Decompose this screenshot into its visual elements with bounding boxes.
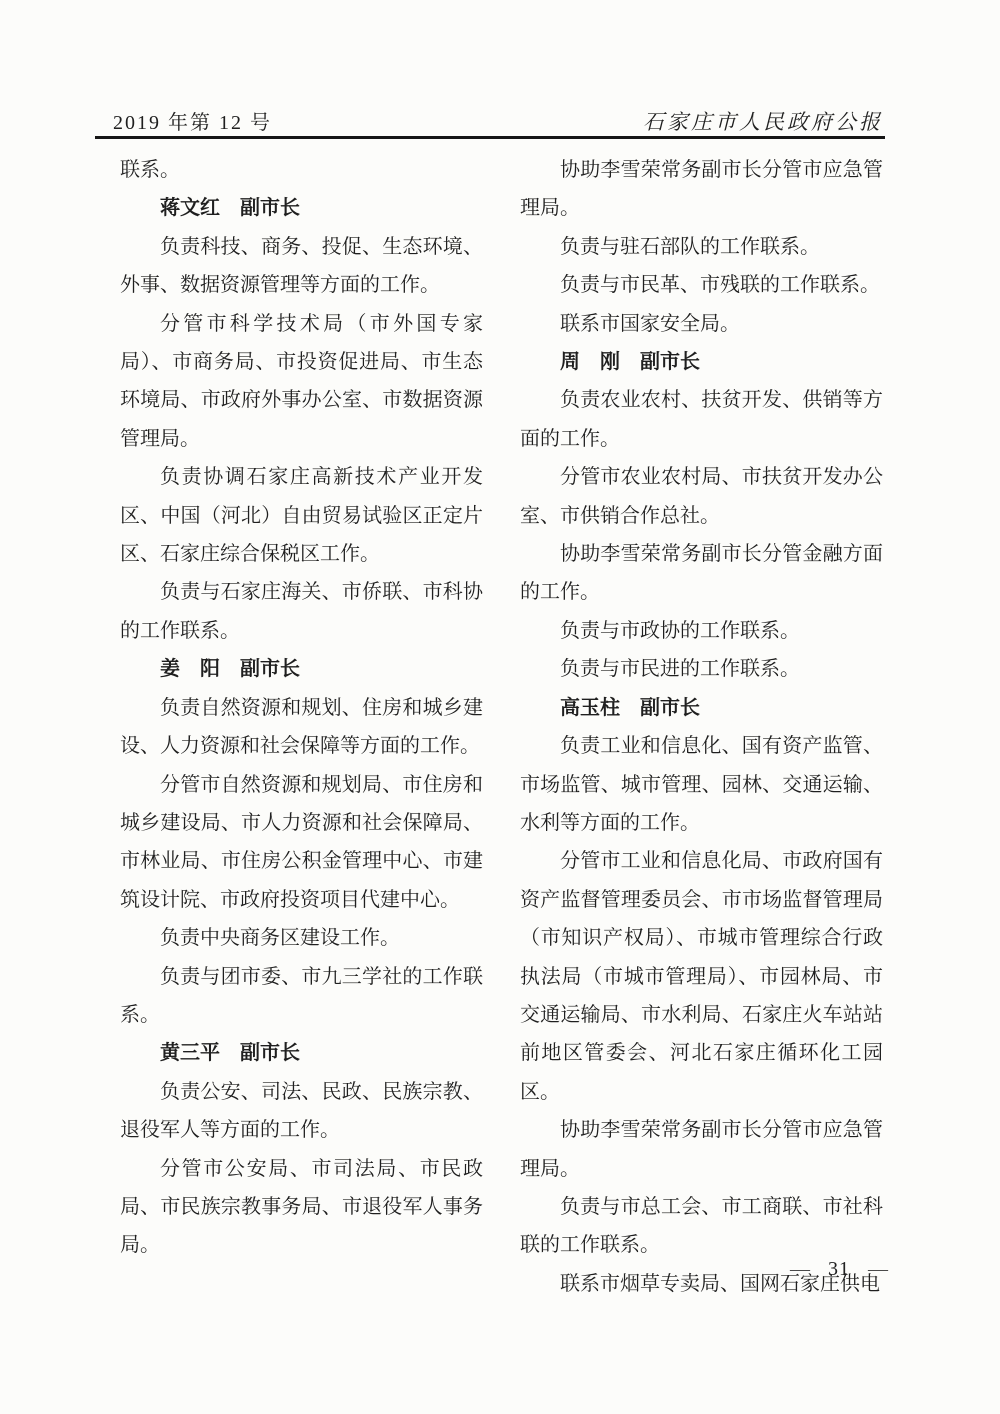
- paragraph: 负责与市总工会、市工商联、市社科联的工作联系。: [520, 1188, 883, 1265]
- paragraph: 负责与驻石部队的工作联系。: [520, 228, 883, 266]
- official-heading: 蒋文红 副市长: [120, 189, 483, 227]
- official-heading: 黄三平 副市长: [120, 1034, 483, 1072]
- paragraph: 分管市农业农村局、市扶贫开发办公室、市供销合作总社。: [520, 458, 883, 535]
- page-content: 联系。蒋文红 副市长负责科技、商务、投促、生态环境、外事、数据资源管理等方面的工…: [120, 151, 883, 1303]
- paragraph: 负责与市政协的工作联系。: [520, 612, 883, 650]
- paragraph: 负责与市民革、市残联的工作联系。: [520, 266, 883, 304]
- official-heading: 姜 阳 副市长: [120, 650, 483, 688]
- footer-dash-right: —: [868, 1258, 888, 1281]
- footer-dash-left: —: [790, 1258, 810, 1281]
- page-footer: — 31 —: [790, 1258, 888, 1281]
- paragraph: 协助李雪荣常务副市长分管金融方面的工作。: [520, 535, 883, 612]
- paragraph: 负责工业和信息化、国有资产监管、市场监管、城市管理、园林、交通运输、水利等方面的…: [520, 727, 883, 842]
- publication-title: 石家庄市人民政府公报: [643, 106, 883, 136]
- paragraph: 协助李雪荣常务副市长分管市应急管理局。: [520, 1111, 883, 1188]
- paragraph: 联系。: [120, 151, 483, 189]
- left-column: 联系。蒋文红 副市长负责科技、商务、投促、生态环境、外事、数据资源管理等方面的工…: [120, 151, 483, 1303]
- paragraph: 负责自然资源和规划、住房和城乡建设、人力资源和社会保障等方面的工作。: [120, 689, 483, 766]
- paragraph: 负责与市民进的工作联系。: [520, 650, 883, 688]
- paragraph: 联系市国家安全局。: [520, 305, 883, 343]
- header-divider-rule: [95, 136, 885, 139]
- paragraph: 负责协调石家庄高新技术产业开发区、中国（河北）自由贸易试验区正定片区、石家庄综合…: [120, 458, 483, 573]
- gazette-page: 2019 年第 12 号 石家庄市人民政府公报 联系。蒋文红 副市长负责科技、商…: [0, 0, 1000, 1414]
- paragraph: 分管市公安局、市司法局、市民政局、市民族宗教事务局、市退役军人事务局。: [120, 1150, 483, 1265]
- paragraph: 负责科技、商务、投促、生态环境、外事、数据资源管理等方面的工作。: [120, 228, 483, 305]
- official-heading: 周 刚 副市长: [520, 343, 883, 381]
- paragraph: 负责公安、司法、民政、民族宗教、退役军人等方面的工作。: [120, 1073, 483, 1150]
- paragraph: 分管市科学技术局（市外国专家局）、市商务局、市投资促进局、市生态环境局、市政府外…: [120, 305, 483, 459]
- page-header: 2019 年第 12 号 石家庄市人民政府公报: [113, 106, 883, 136]
- paragraph: 负责中央商务区建设工作。: [120, 919, 483, 957]
- right-column: 协助李雪荣常务副市长分管市应急管理局。负责与驻石部队的工作联系。负责与市民革、市…: [520, 151, 883, 1303]
- issue-label: 2019 年第 12 号: [113, 106, 272, 135]
- paragraph: 负责农业农村、扶贫开发、供销等方面的工作。: [520, 381, 883, 458]
- official-heading: 高玉柱 副市长: [520, 689, 883, 727]
- paragraph: 负责与团市委、市九三学社的工作联系。: [120, 958, 483, 1035]
- page-number: 31: [828, 1258, 850, 1281]
- paragraph: 负责与石家庄海关、市侨联、市科协的工作联系。: [120, 573, 483, 650]
- paragraph: 分管市自然资源和规划局、市住房和城乡建设局、市人力资源和社会保障局、市林业局、市…: [120, 766, 483, 920]
- paragraph: 协助李雪荣常务副市长分管市应急管理局。: [520, 151, 883, 228]
- paragraph: 分管市工业和信息化局、市政府国有资产监督管理委员会、市市场监督管理局（市知识产权…: [520, 842, 883, 1111]
